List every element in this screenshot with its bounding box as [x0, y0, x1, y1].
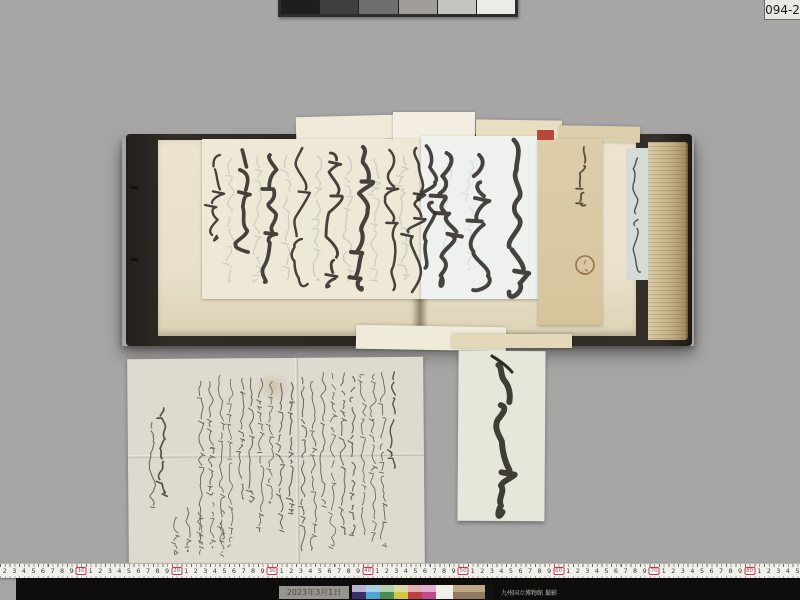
grayscale-patch — [477, 0, 515, 14]
ruler-ten-marker: 50 — [458, 567, 469, 575]
ruler-ten-marker: 30 — [267, 567, 278, 575]
ruler-number: 3 — [203, 568, 207, 575]
color-patch-tint — [394, 585, 408, 592]
ruler-number: 2 — [289, 568, 293, 575]
color-patch-tint — [352, 585, 366, 592]
ruler-number: 4 — [22, 568, 26, 575]
ruler-ten-marker: 80 — [744, 567, 755, 575]
ruler-number: 3 — [585, 568, 589, 575]
ruler-number: 7 — [241, 568, 245, 575]
color-patch-solid — [366, 592, 380, 599]
ruler-number: 7 — [623, 568, 627, 575]
ruler-number: 1 — [89, 568, 93, 575]
ruler-number: 2 — [385, 568, 389, 575]
ruler-number: 7 — [50, 568, 54, 575]
ruler-number: 7 — [432, 568, 436, 575]
color-patch-solid — [408, 592, 422, 599]
binding-stitch — [131, 186, 138, 189]
ruler-number: 9 — [356, 568, 360, 575]
color-patch-pair — [380, 585, 394, 599]
ruler-number: 1 — [566, 568, 570, 575]
ruler-ten-marker: 60 — [553, 567, 564, 575]
ruler-number: 5 — [31, 568, 35, 575]
ruler-number: 7 — [719, 568, 723, 575]
ruler-number: 6 — [136, 568, 140, 575]
ruler-number: 9 — [452, 568, 456, 575]
ruler-number: 2 — [98, 568, 102, 575]
centimeter-ruler: 2345678910123456789201234567893012345678… — [0, 563, 800, 578]
ruler-number: 7 — [146, 568, 150, 575]
color-patch-tint — [422, 585, 436, 592]
museum-credit: 九州国立博物館 撮影 — [494, 587, 564, 598]
ruler-number: 6 — [41, 568, 45, 575]
ruler-number: 9 — [165, 568, 169, 575]
ruler-number: 8 — [537, 568, 541, 575]
tan-patch-light — [453, 585, 485, 592]
blue-sheet-edge — [626, 148, 648, 280]
ruler-number: 5 — [222, 568, 226, 575]
ruler-number: 8 — [442, 568, 446, 575]
color-patch-pair — [408, 585, 422, 599]
color-calibration-bar — [352, 585, 493, 599]
ruler-number: 3 — [108, 568, 112, 575]
ruler-number: 6 — [709, 568, 713, 575]
ruler-number: 3 — [681, 568, 685, 575]
fold-crease-vertical — [295, 358, 300, 566]
protruding-page-flap — [452, 334, 572, 348]
ruler-number: 4 — [690, 568, 694, 575]
paper-stain — [255, 372, 291, 402]
ruler-number: 8 — [346, 568, 350, 575]
ruler-number: 1 — [757, 568, 761, 575]
ruler-number: 8 — [728, 568, 732, 575]
grayscale-patch — [281, 0, 320, 14]
loose-letter-sheet — [127, 357, 425, 568]
ruler-number: 3 — [394, 568, 398, 575]
color-patch-pair — [352, 585, 366, 599]
grayscale-patch — [438, 0, 477, 14]
capture-date-chip: 2023年3月1日 — [279, 586, 349, 599]
ruler-number: 8 — [60, 568, 64, 575]
ruler-number: 2 — [3, 568, 7, 575]
photo-id-text: 094-2 — [765, 3, 800, 17]
ruler-number: 1 — [471, 568, 475, 575]
color-patch-solid — [352, 592, 366, 599]
color-patch-solid — [394, 592, 408, 599]
ruler-number: 1 — [662, 568, 666, 575]
ruler-number: 3 — [12, 568, 16, 575]
ruler-number: 5 — [509, 568, 513, 575]
tan-patch-pair — [453, 585, 485, 599]
ruler-ten-marker: 20 — [171, 567, 182, 575]
black-end-cap — [485, 585, 493, 599]
ruler-number: 4 — [786, 568, 790, 575]
ruler-number: 4 — [404, 568, 408, 575]
grayscale-patch — [320, 0, 359, 14]
ruler-number: 5 — [795, 568, 799, 575]
ruler-number: 5 — [700, 568, 704, 575]
footer-strip: 2023年3月1日 九州国立博物館 撮影 — [16, 578, 800, 600]
ruler-number: 1 — [280, 568, 284, 575]
ruler-number: 4 — [595, 568, 599, 575]
tan-backing-sheet — [538, 139, 602, 325]
ruler-number: 5 — [604, 568, 608, 575]
photo-id-label: 094-2 — [764, 0, 800, 20]
archival-photograph: 094-2 2345678910123456789201234567893012… — [0, 0, 800, 600]
capture-date-text: 2023年3月1日 — [287, 587, 342, 598]
museum-credit-text: 九州国立博物館 撮影 — [501, 588, 557, 597]
ruler-number: 9 — [261, 568, 265, 575]
ruler-ten-marker: 10 — [76, 567, 87, 575]
tan-patch-dark — [453, 592, 485, 599]
ruler-number: 8 — [155, 568, 159, 575]
ruler-number: 9 — [643, 568, 647, 575]
ruler-number: 5 — [413, 568, 417, 575]
white-patch — [436, 585, 453, 599]
ruler-number: 8 — [633, 568, 637, 575]
ruler-number: 9 — [738, 568, 742, 575]
binding-stitch — [131, 258, 138, 261]
color-patch-pair — [422, 585, 436, 599]
color-patch-pair — [366, 585, 380, 599]
red-seal-stamp — [537, 130, 554, 140]
ruler-number: 6 — [232, 568, 236, 575]
ruler-number: 5 — [127, 568, 131, 575]
ruler-number: 7 — [337, 568, 341, 575]
ruler-number: 2 — [671, 568, 675, 575]
ruler-number: 4 — [499, 568, 503, 575]
album-fore-edge-pages — [648, 142, 688, 340]
ruler-number: 6 — [423, 568, 427, 575]
ruler-number: 1 — [184, 568, 188, 575]
color-patch-tint — [408, 585, 422, 592]
color-patch-tint — [380, 585, 394, 592]
color-patch-solid — [422, 592, 436, 599]
ruler-number: 3 — [776, 568, 780, 575]
ruler-number: 2 — [194, 568, 198, 575]
mounted-letter-left-page — [202, 139, 421, 299]
ruler-number: 9 — [547, 568, 551, 575]
ruler-number: 3 — [490, 568, 494, 575]
ruler-number: 4 — [117, 568, 121, 575]
ruler-number: 2 — [576, 568, 580, 575]
color-patch-tint — [366, 585, 380, 592]
grayscale-calibration-bar — [278, 0, 518, 17]
ruler-number: 6 — [614, 568, 618, 575]
color-patch-solid — [380, 592, 394, 599]
ruler-number: 1 — [375, 568, 379, 575]
fold-crease-horizontal — [128, 453, 424, 459]
color-patch-pair — [394, 585, 408, 599]
calligraphy-slip — [457, 351, 545, 522]
ruler-number: 8 — [251, 568, 255, 575]
mounted-letter-right-page — [421, 136, 538, 299]
ruler-ten-marker: 40 — [362, 567, 373, 575]
ruler-ten-marker: 70 — [649, 567, 660, 575]
ruler-number: 4 — [308, 568, 312, 575]
grayscale-patch — [359, 0, 398, 14]
ruler-number: 6 — [327, 568, 331, 575]
ruler-number: 6 — [518, 568, 522, 575]
ruler-number: 4 — [213, 568, 217, 575]
ruler-number: 3 — [299, 568, 303, 575]
ruler-number: 2 — [480, 568, 484, 575]
grayscale-patch — [399, 0, 438, 14]
ruler-number: 5 — [318, 568, 322, 575]
ruler-number: 9 — [70, 568, 74, 575]
protruding-page-flap — [296, 115, 395, 142]
ruler-number: 7 — [528, 568, 532, 575]
ruler-number: 2 — [767, 568, 771, 575]
